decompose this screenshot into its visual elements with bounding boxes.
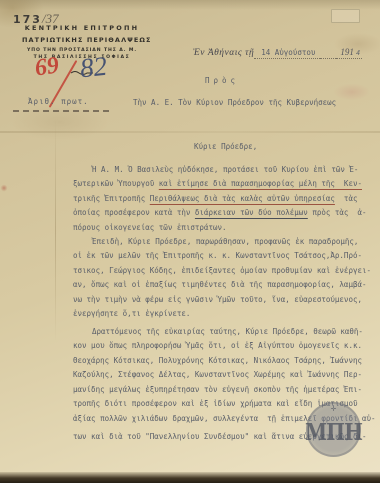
body-line: Ἡ Α. Μ. Ὁ Βασιλεὺς ηὐδόκησε, προτάσει το… (73, 163, 375, 177)
dateline-year-digit: 4 (356, 48, 360, 57)
body-text-segment: Θεοχάρης Κότσικας, Πολυχρόνης Κότσικας, … (73, 356, 362, 365)
body-text-segment: αν, ὅπως καὶ οἱ ἐπαξίως τιμηθέντες διὰ τ… (73, 280, 367, 289)
horizontal-fold-crease (0, 131, 380, 133)
body-line: ἐνεργήσητε ὅ,τι ἐγκρίνετε. (73, 307, 375, 321)
body-line: οἱ ἐκ τῶν μελῶν τῆς Ἐπιτροπῆς κ. κ. Κωνσ… (73, 249, 375, 263)
body-line: νω τὴν τιμὴν νὰ φέρω εἰς γνῶσιν Ὑμῶν τοῦ… (73, 293, 375, 307)
body-text-segment: κον μου ὅπως πληροφορήσω Ὑμᾶς ὅτι, οἱ ἐξ… (73, 341, 362, 350)
underlined-phrase: Περιθάλψεως διὰ τὰς καλὰς αὐτῶν ὑπηρεσία… (150, 194, 335, 203)
protocol-dashed-rule (13, 110, 109, 112)
letterhead-line1: ΚΕΝΤΡΙΚΗ ΕΠΙΤΡΟΠΗ (22, 24, 142, 32)
body-line: πόρους οἰκογενείας τῶν ἐπιστράτων. (73, 221, 375, 235)
body-line: κον μου ὅπως πληροφορήσω Ὑμᾶς ὅτι, οἱ ἐξ… (73, 339, 375, 353)
vertical-fold-crease (55, 118, 56, 343)
dateline-year-printed: 191 4 (336, 47, 362, 59)
body-line: μανίδης μεγάλως ἐξυπηρέτησαν τὸν εὐγενῆ … (73, 383, 375, 397)
underlined-phrase: καὶ ἐτίμησε διὰ παρασημοφορίας μέλη τῆς … (159, 179, 362, 188)
body-line: Ἐπειδὴ, Κύριε Πρόεδρε, παρωράθησαν, προφ… (73, 235, 375, 249)
body-text-segment: τρικῆς Ἐπιτροπῆς (73, 194, 150, 203)
body-text-segment: τὰς (335, 194, 358, 203)
to-heading: Πρὸς (205, 76, 239, 85)
salutation: Κύριε Πρόεδρε, (194, 142, 257, 151)
body-line: τρικῆς Ἐπιτροπῆς Περιθάλψεως διὰ τὰς καλ… (73, 192, 375, 206)
body-text-segment: Δραττόμενος τῆς εὐκαιρίας ταύτης, Κύριε … (92, 327, 363, 336)
body-text-segment: τροπῆς διότι προσέφερον καὶ ἐξ ἰδίων χρή… (73, 399, 357, 408)
body-text-segment: Ἡ Α. Μ. Ὁ Βασιλεὺς ηὐδόκησε, προτάσει το… (92, 165, 358, 174)
body-text-segment: οἱ ἐκ τῶν μελῶν τῆς Ἐπιτροπῆς κ. κ. Κωνσ… (73, 251, 362, 260)
dateline-dotted-leader (320, 50, 336, 59)
body-text-segment: ὁποίας προσέφερον κατὰ τὴν (73, 208, 195, 217)
body-text-segment: ἐνεργήσητε ὅ,τι ἐγκρίνετε. (73, 309, 190, 318)
stamp-cross-icon: ✛ (331, 404, 336, 414)
scanned-letter-page: 173/37 ΚΕΝΤΡΙΚΗ ΕΠΙΤΡΟΠΗ ΠΑΤΡΙΩΤΙΚΗΣ ΠΕΡ… (0, 0, 380, 483)
dateline-date-typed: 14 Αὐγούστου (254, 48, 320, 59)
addressee-line: Τὴν Α. Ε. Τὸν Κύριον Πρόεδρον τῆς Κυβερν… (133, 98, 336, 107)
dateline: Ἐν Ἀθήναις τῇ14 Αὐγούστου191 4 (193, 40, 362, 59)
body-line: ὁποίας προσέφερον κατὰ τὴν διάρκειαν τῶν… (73, 206, 375, 220)
protocol-number-label: Ἀριθ. πρωτ. (28, 97, 89, 106)
letterhead-line2: ΠΑΤΡΙΩΤΙΚΗΣ ΠΕΡΙΘΑΛΨΕΩΣ (22, 36, 142, 44)
body-text-segment: πρὸς τὰς ἀ- (308, 208, 367, 217)
body-line: τσικος, Γεώργιος Κόδης, ἐπιδείξαντες ὁμο… (73, 264, 375, 278)
faint-corner-mark (331, 9, 360, 23)
handwritten-red-number: 69 (33, 52, 61, 82)
dateline-place-script: Ἐν Ἀθήναις τῇ (193, 48, 254, 58)
body-line: Θεοχάρης Κότσικας, Πολυχρόνης Κότσικας, … (73, 354, 375, 368)
underlined-phrase: διάρκειαν τῶν δύο πολέμων (195, 208, 308, 217)
body-text-segment: νω τὴν τιμὴν νὰ φέρω εἰς γνῶσιν Ὑμῶν τοῦ… (73, 295, 362, 304)
stamp-monogram: ΜΠΗ (305, 418, 362, 446)
body-text-segment: μανίδης μεγάλως ἐξυπηρέτησαν τὸν εὐγενῆ … (73, 385, 362, 394)
body-line: αν, ὅπως καὶ οἱ ἐπαξίως τιμηθέντες διὰ τ… (73, 278, 375, 292)
handwritten-blue-number: 82 (78, 51, 108, 85)
body-text-segment: ξωτερικῶν Ὑπουργοῦ (73, 179, 159, 188)
body-line: ξωτερικῶν Ὑπουργοῦ καὶ ἐτίμησε διὰ παρασ… (73, 177, 375, 191)
body-text-segment: Ἐπειδὴ, Κύριε Πρόεδρε, παρωράθησαν, προφ… (92, 237, 358, 246)
body-line: Δραττόμενος τῆς εὐκαιρίας ταύτης, Κύριε … (73, 325, 375, 339)
scan-bottom-edge (0, 472, 380, 483)
body-text-segment: Καζούλης, Στέφανος Δέλτας, Κωνσταντῖνος … (73, 370, 362, 379)
body-line: Καζούλης, Στέφανος Δέλτας, Κωνσταντῖνος … (73, 368, 375, 382)
body-text-segment: πόρους οἰκογενείας τῶν ἐπιστράτων. (73, 223, 227, 232)
archive-stamp: ✛ ΜΠΗ (306, 402, 361, 457)
body-text-segment: τσικος, Γεώργιος Κόδης, ἐπιδείξαντες ὁμο… (73, 266, 371, 275)
